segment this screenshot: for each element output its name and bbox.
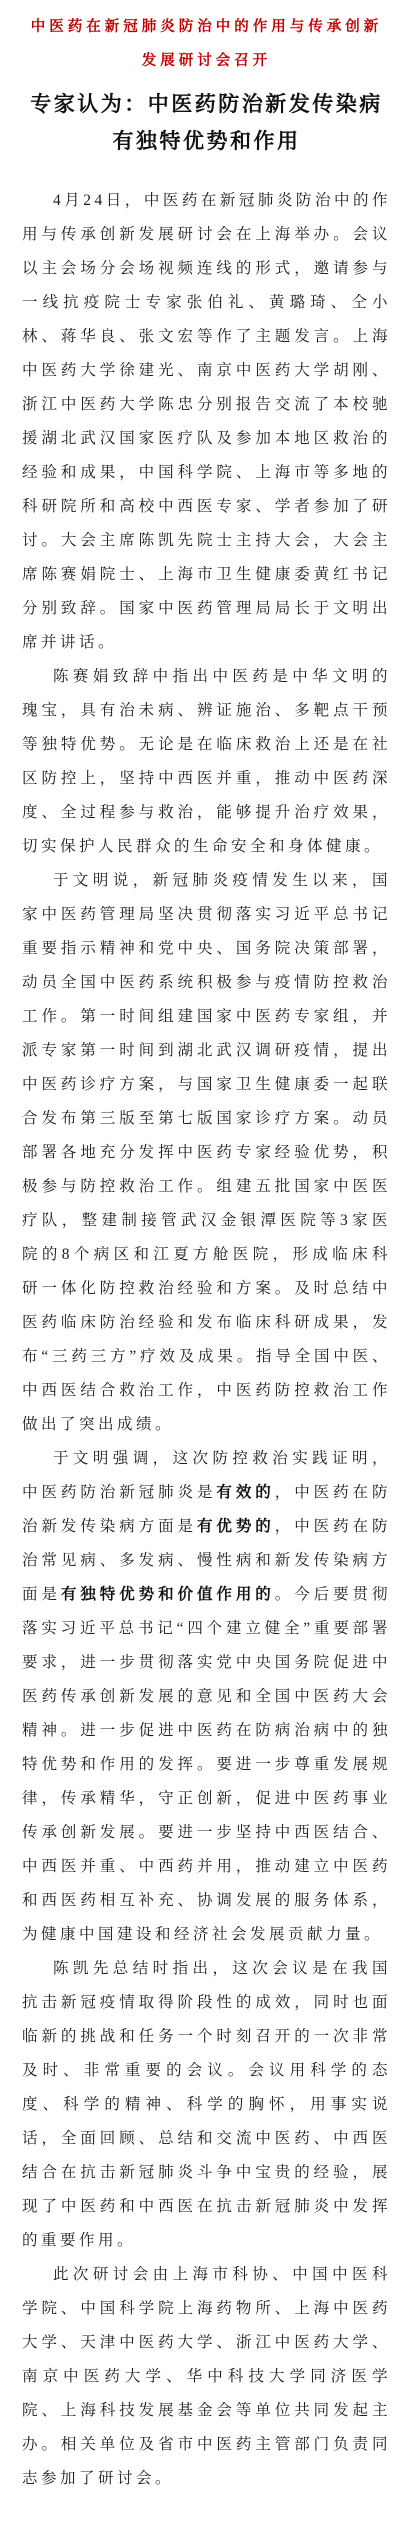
article-body: 4月24日，中医药在新冠肺炎防治中的作用与传承创新发展研讨会在上海举办。会议以主… <box>22 184 391 2496</box>
body-text: 4月24日，中医药在新冠肺炎防治中的作用与传承创新发展研讨会在上海举办。会议以主… <box>22 192 391 651</box>
article-paragraph-6: 此次研讨会由上海市科协、中国中医科学院、中国科学院上海药物所、上海中医药大学、天… <box>22 2258 391 2496</box>
supertitle: 中医药在新冠肺炎防治中的作用与传承创新发展研讨会召开 <box>22 10 391 78</box>
body-text: 此次研讨会由上海市科协、中国中医科学院、中国科学院上海药物所、上海中医药大学、天… <box>22 2266 391 2487</box>
article-paragraph-2: 陈赛娟致辞中指出中医药是中华文明的瑰宝，具有治未病、辨证施治、多靶点干预等独特优… <box>22 660 391 864</box>
page-title: 专家认为：中医药防治新发传染病有独特优势和作用 <box>22 86 391 160</box>
article-paragraph-4: 于文明强调，这次防控救治实践证明，中医药防治新冠肺炎是有效的，中医药在防治新发传… <box>22 1442 391 1952</box>
emphasis-text: 有优势的 <box>197 1518 275 1535</box>
supertitle-line: 发展研讨会召开 <box>22 44 391 78</box>
emphasis-text: 有效的 <box>216 1484 274 1501</box>
body-text: 陈凯先总结时指出，这次会议是在我国抗击新冠疫情取得阶段性的成效，同时也面临新的挑… <box>22 1960 391 2249</box>
body-text: 陈赛娟致辞中指出中医药是中华文明的瑰宝，具有治未病、辨证施治、多靶点干预等独特优… <box>22 668 391 855</box>
article-paragraph-5: 陈凯先总结时指出，这次会议是在我国抗击新冠疫情取得阶段性的成效，同时也面临新的挑… <box>22 1952 391 2258</box>
supertitle-line: 中医药在新冠肺炎防治中的作用与传承创新 <box>22 10 391 44</box>
page-title-line: 有独特优势和作用 <box>22 123 391 160</box>
emphasis-text: 有独特优势和价值作用的 <box>61 1586 275 1603</box>
article-paragraph-1: 4月24日，中医药在新冠肺炎防治中的作用与传承创新发展研讨会在上海举办。会议以主… <box>22 184 391 660</box>
body-text: 于文明说，新冠肺炎疫情发生以来，国家中医药管理局坚决贯彻落实习近平总书记重要指示… <box>22 872 391 1433</box>
document-page: 中医药在新冠肺炎防治中的作用与传承创新发展研讨会召开 专家认为：中医药防治新发传… <box>0 0 413 2536</box>
body-text: 。今后要贯彻落实习近平总书记“四个建立健全”重要部署要求，进一步贯彻落实党中央国… <box>22 1586 391 1943</box>
article-paragraph-3: 于文明说，新冠肺炎疫情发生以来，国家中医药管理局坚决贯彻落实习近平总书记重要指示… <box>22 864 391 1442</box>
page-title-line: 专家认为：中医药防治新发传染病 <box>22 86 391 123</box>
